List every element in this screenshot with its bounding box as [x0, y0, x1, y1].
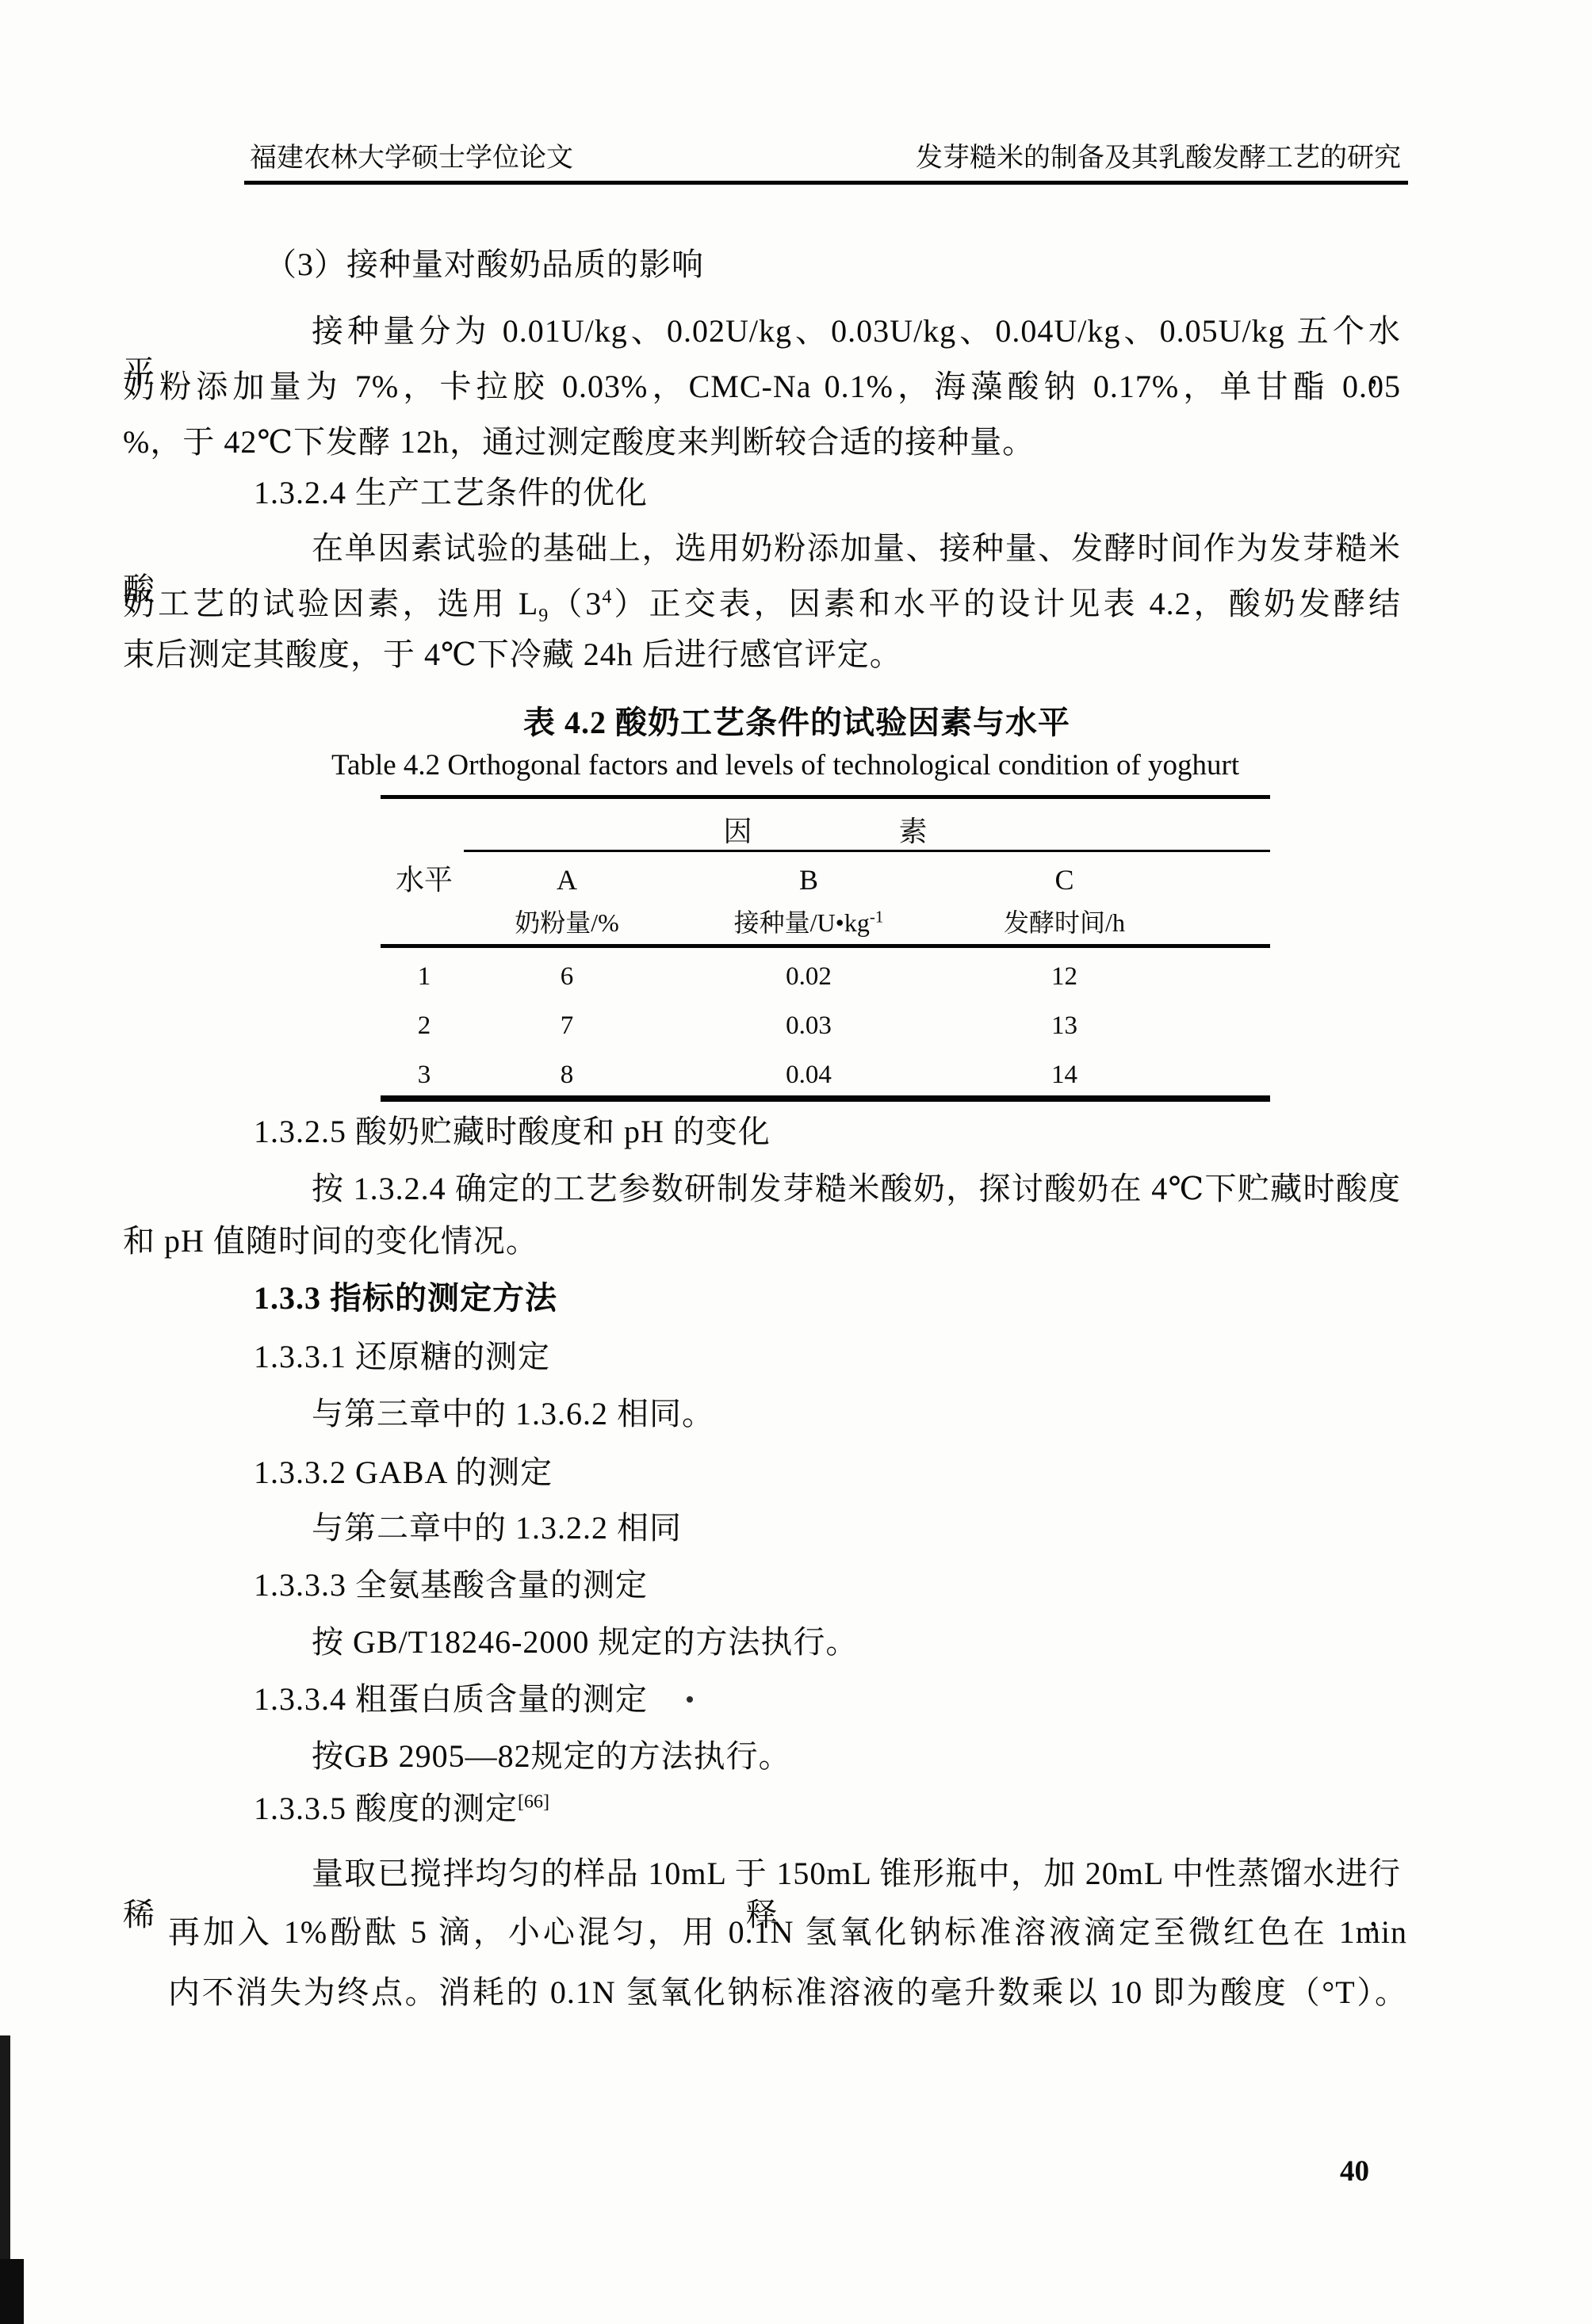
- running-header: 福建农林大学硕士学位论文 发芽糙米的制备及其乳酸发酵工艺的研究: [250, 143, 1401, 174]
- heading-1-3-3-1: 1.3.3.1 还原糖的测定: [254, 1336, 1407, 1378]
- heading-1-3-2-5: 1.3.2.5 酸奶贮藏时酸度和 pH 的变化: [254, 1111, 1407, 1152]
- para-line: %，于 42℃下发酵 12h，通过测定酸度来判断较合适的接种量。: [123, 422, 1401, 463]
- para-line: 奶工艺的试验因素，选用 L9（34）正交表，因素和水平的设计见表 4.2，酸奶发…: [123, 583, 1401, 625]
- para-line: 内不消失为终点。消耗的 0.1N 氢氧化钠标准溶液的毫升数乘以 10 即为酸度（…: [168, 1972, 1407, 2013]
- header-left-title: 福建农林大学硕士学位论文: [250, 143, 573, 174]
- para-line: 按GB 2905—82规定的方法执行。: [123, 1736, 1401, 1777]
- heading-1-3-3-2: 1.3.3.2 GABA 的测定: [254, 1452, 1407, 1493]
- col-header-c: C: [951, 862, 1177, 898]
- table-factor-group-header: 因素: [381, 809, 1270, 850]
- para-line: 奶粉添加量为 7%，卡拉胶 0.03%，CMC-Na 0.1%，海藻酸钠 0.1…: [123, 366, 1401, 407]
- table-bottom-rule: [381, 1095, 1270, 1102]
- para-line: 再加入 1%酚酞 5 滴，小心混匀，用 0.1N 氢氧化钠标准溶液滴定至微红色在…: [168, 1912, 1407, 1953]
- heading-1-3-2-4: 1.3.2.4 生产工艺条件的优化: [254, 472, 1407, 514]
- heading-1-3-3: 1.3.3 指标的测定方法: [254, 1278, 1407, 1319]
- table-4-2: 因素 水平 A B C 奶粉量/% 接种量/U•kg-1 发酵时间/h 1 6 …: [381, 795, 1270, 1103]
- thesis-scanned-page: 福建农林大学硕士学位论文 发芽糙米的制备及其乳酸发酵工艺的研究 （3）接种量对酸…: [0, 0, 1592, 2324]
- table-header-rule: [381, 944, 1270, 948]
- units-c: 发酵时间/h: [951, 904, 1177, 941]
- heading-1-3-3-5: 1.3.3.5 酸度的测定[66]: [254, 1788, 1407, 1829]
- units-level: [381, 904, 468, 941]
- para-line: 与第二章中的 1.3.2.2 相同: [123, 1508, 1401, 1549]
- citation-superscript: [66]: [518, 1792, 549, 1813]
- para-line: 按 GB/T18246-2000 规定的方法执行。: [123, 1622, 1401, 1663]
- scan-artifact: [0, 2259, 24, 2324]
- heading-1-3-3-4: 1.3.3.4 粗蛋白质含量的测定: [254, 1679, 1407, 1720]
- table-column-header-row: 水平 A B C: [381, 862, 1270, 898]
- table-row: 3 8 0.04 14: [381, 1057, 1270, 1093]
- table-caption-zh: 表 4.2 酸奶工艺条件的试验因素与水平: [523, 698, 1158, 743]
- units-b: 接种量/U•kg-1: [666, 904, 951, 941]
- table-row: 1 6 0.02 12: [381, 958, 1270, 995]
- heading-3-inoculation-effect: （3）接种量对酸奶品质的影响: [265, 244, 1406, 285]
- table-factor-rule: [464, 850, 1270, 852]
- heading-1-3-3-3: 1.3.3.3 全氨基酸含量的测定: [254, 1565, 1407, 1606]
- header-right-title: 发芽糙米的制备及其乳酸发酵工艺的研究: [916, 143, 1401, 174]
- table-row: 2 7 0.03 13: [381, 1007, 1270, 1044]
- orthogonal-array-subscript: 9: [538, 606, 548, 626]
- para-line: 按 1.3.2.4 确定的工艺参数研制发芽糙米酸奶，探讨酸奶在 4℃下贮藏时酸度: [123, 1168, 1401, 1210]
- para-line: 量取已搅拌均匀的样品 10mL 于 150mL 锥形瓶中，加 20mL 中性蒸馏…: [123, 1853, 1401, 1894]
- para-line: 在单因素试验的基础上，选用奶粉添加量、接种量、发酵时间作为发芽糙米酸: [123, 528, 1401, 569]
- para-line: 和 pH 值随时间的变化情况。: [123, 1221, 1401, 1262]
- scan-artifact: [687, 1696, 693, 1703]
- para-line: 与第三章中的 1.3.6.2 相同。: [123, 1393, 1401, 1435]
- page-number: 40: [1340, 2154, 1369, 2188]
- para-line: 接种量分为 0.01U/kg、0.02U/kg、0.03U/kg、0.04U/k…: [123, 311, 1401, 352]
- table-top-rule: [381, 795, 1270, 799]
- orthogonal-array-superscript: 4: [602, 587, 611, 608]
- col-header-b: B: [666, 862, 951, 898]
- para-line: 束后测定其酸度，于 4℃下冷藏 24h 后进行感官评定。: [123, 634, 1401, 675]
- col-header-level: 水平: [381, 862, 468, 898]
- header-rule: [244, 181, 1408, 185]
- col-header-a: A: [468, 862, 666, 898]
- units-a: 奶粉量/%: [468, 904, 666, 941]
- units-b-superscript: -1: [870, 907, 884, 926]
- table-caption-en: Table 4.2 Orthogonal factors and levels …: [331, 748, 1330, 782]
- table-units-row: 奶粉量/% 接种量/U•kg-1 发酵时间/h: [381, 904, 1270, 941]
